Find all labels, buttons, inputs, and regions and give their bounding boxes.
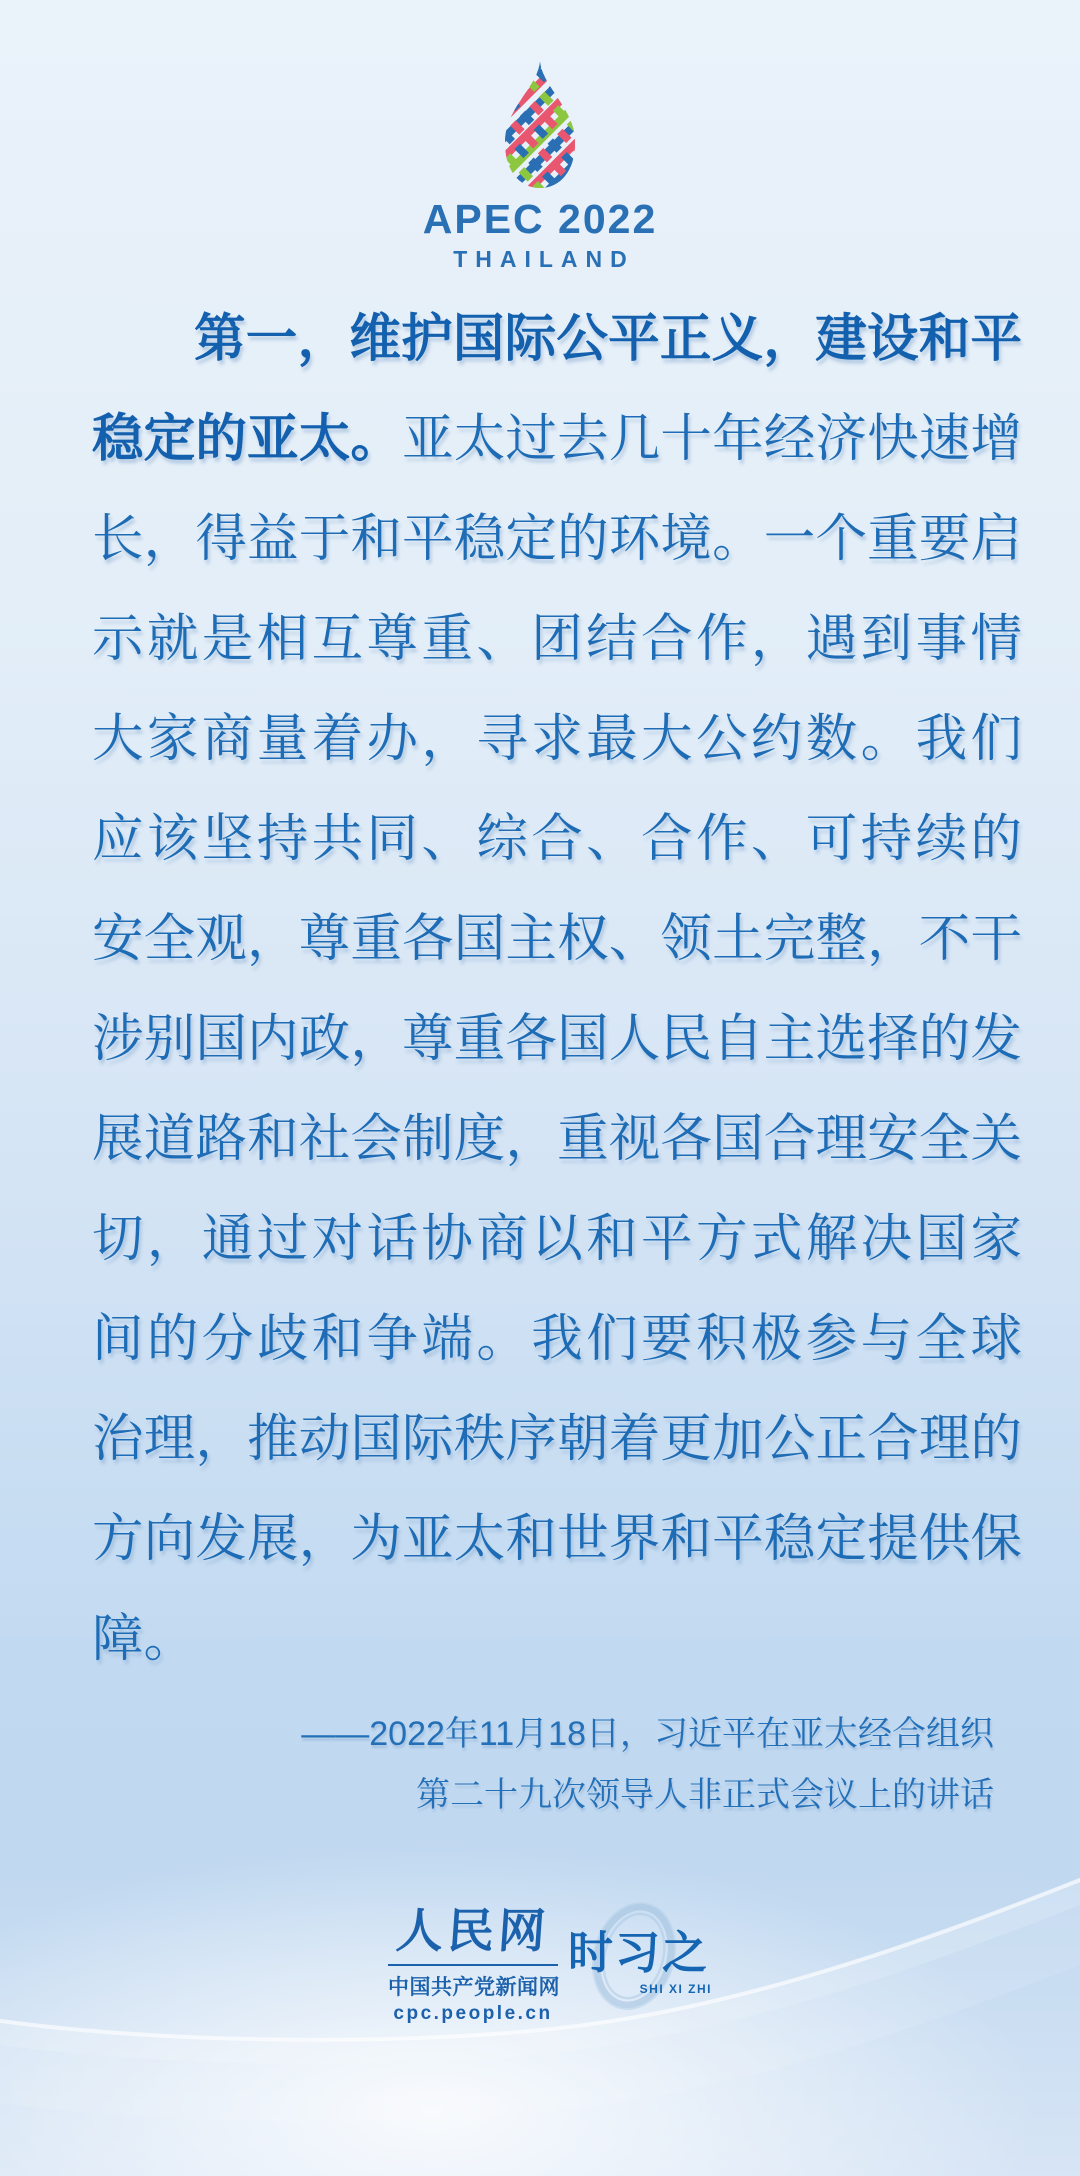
quote-line-6: 应该坚持共同、综合、合作、可持续的 (92, 788, 1022, 888)
people-net-divider (388, 1964, 558, 1966)
quote-regular-text: 治理，推动国际秩序朝着更加公正合理的 (92, 1409, 1022, 1467)
quote-line-2: 稳定的亚太。亚太过去几十年经济快速增 (92, 388, 1022, 488)
quote-regular-text: 展道路和社会制度，重视各国合理安全关 (92, 1109, 1022, 1167)
quote-line-11: 间的分歧和争端。我们要积极参与全球 (92, 1288, 1022, 1388)
quote-bold-text: 第一，维护国际公平正义，建设和平 (194, 309, 1022, 367)
quote-line-12: 治理，推动国际秩序朝着更加公正合理的 (92, 1388, 1022, 1488)
apec-logo-subtitle: THAILAND (0, 246, 1080, 273)
quote-line-9: 展道路和社会制度，重视各国合理安全关 (92, 1088, 1022, 1188)
quote-line-13: 方向发展，为亚太和世界和平稳定提供保 (92, 1488, 1022, 1588)
apec-logo-title: APEC 2022 (0, 196, 1080, 243)
people-net-wordmark: 人民网 (386, 1894, 561, 1961)
people-net-subtitle: 中国共产党新闻网 (388, 1971, 558, 2001)
poster-background: APEC 2022 THAILAND 第一，维护国际公平正义，建设和平稳定的亚太… (0, 0, 1080, 2176)
quote-regular-text: 障。 (92, 1609, 195, 1667)
quote-line-5: 大家商量着办，寻求最大公约数。我们 (92, 688, 1022, 788)
quote-regular-text: 亚太过去几十年经济快速增 (402, 409, 1022, 467)
quote-bold-text: 稳定的亚太。 (92, 409, 402, 467)
quote-regular-text: 长，得益于和平稳定的环境。一个重要启 (92, 509, 1022, 567)
quote-line-4: 示就是相互尊重、团结合作，遇到事情 (92, 588, 1022, 688)
quote-regular-text: 大家商量着办，寻求最大公约数。我们 (92, 709, 1022, 767)
quote-regular-text: 方向发展，为亚太和世界和平稳定提供保 (92, 1509, 1022, 1567)
quote-line-1: 第一，维护国际公平正义，建设和平 (92, 288, 1022, 388)
quote-body: 第一，维护国际公平正义，建设和平稳定的亚太。亚太过去几十年经济快速增长，得益于和… (92, 288, 1022, 1688)
quote-regular-text: 安全观，尊重各国主权、领土完整，不干 (92, 909, 1022, 967)
shixizhi-logo: 时习之 SHI XI ZHI (568, 1894, 718, 1996)
quote-regular-text: 示就是相互尊重、团结合作，遇到事情 (92, 609, 1022, 667)
shixizhi-romanized: SHI XI ZHI (568, 1982, 718, 1996)
quote-line-7: 安全观，尊重各国主权、领土完整，不干 (92, 888, 1022, 988)
quote-regular-text: 应该坚持共同、综合、合作、可持续的 (92, 809, 1022, 867)
quote-line-3: 长，得益于和平稳定的环境。一个重要启 (92, 488, 1022, 588)
shixizhi-wordmark: 时习之 (568, 1916, 718, 1981)
people-net-logo: 人民网 中国共产党新闻网 cpc.people.cn (388, 1894, 558, 2025)
apec-logo: APEC 2022 THAILAND (0, 58, 1080, 273)
quote-regular-text: 涉别国内政，尊重各国人民自主选择的发 (92, 1009, 1022, 1067)
quote-line-14: 障。 (92, 1588, 1022, 1688)
quote-regular-text: 间的分歧和争端。我们要积极参与全球 (92, 1309, 1022, 1367)
people-net-url: cpc.people.cn (388, 2003, 558, 2025)
quote-regular-text: 切，通过对话协商以和平方式解决国家 (92, 1209, 1022, 1267)
apec-droplet-icon (488, 58, 592, 194)
quote-line-10: 切，通过对话协商以和平方式解决国家 (92, 1188, 1022, 1288)
quote-line-8: 涉别国内政，尊重各国人民自主选择的发 (92, 988, 1022, 1088)
